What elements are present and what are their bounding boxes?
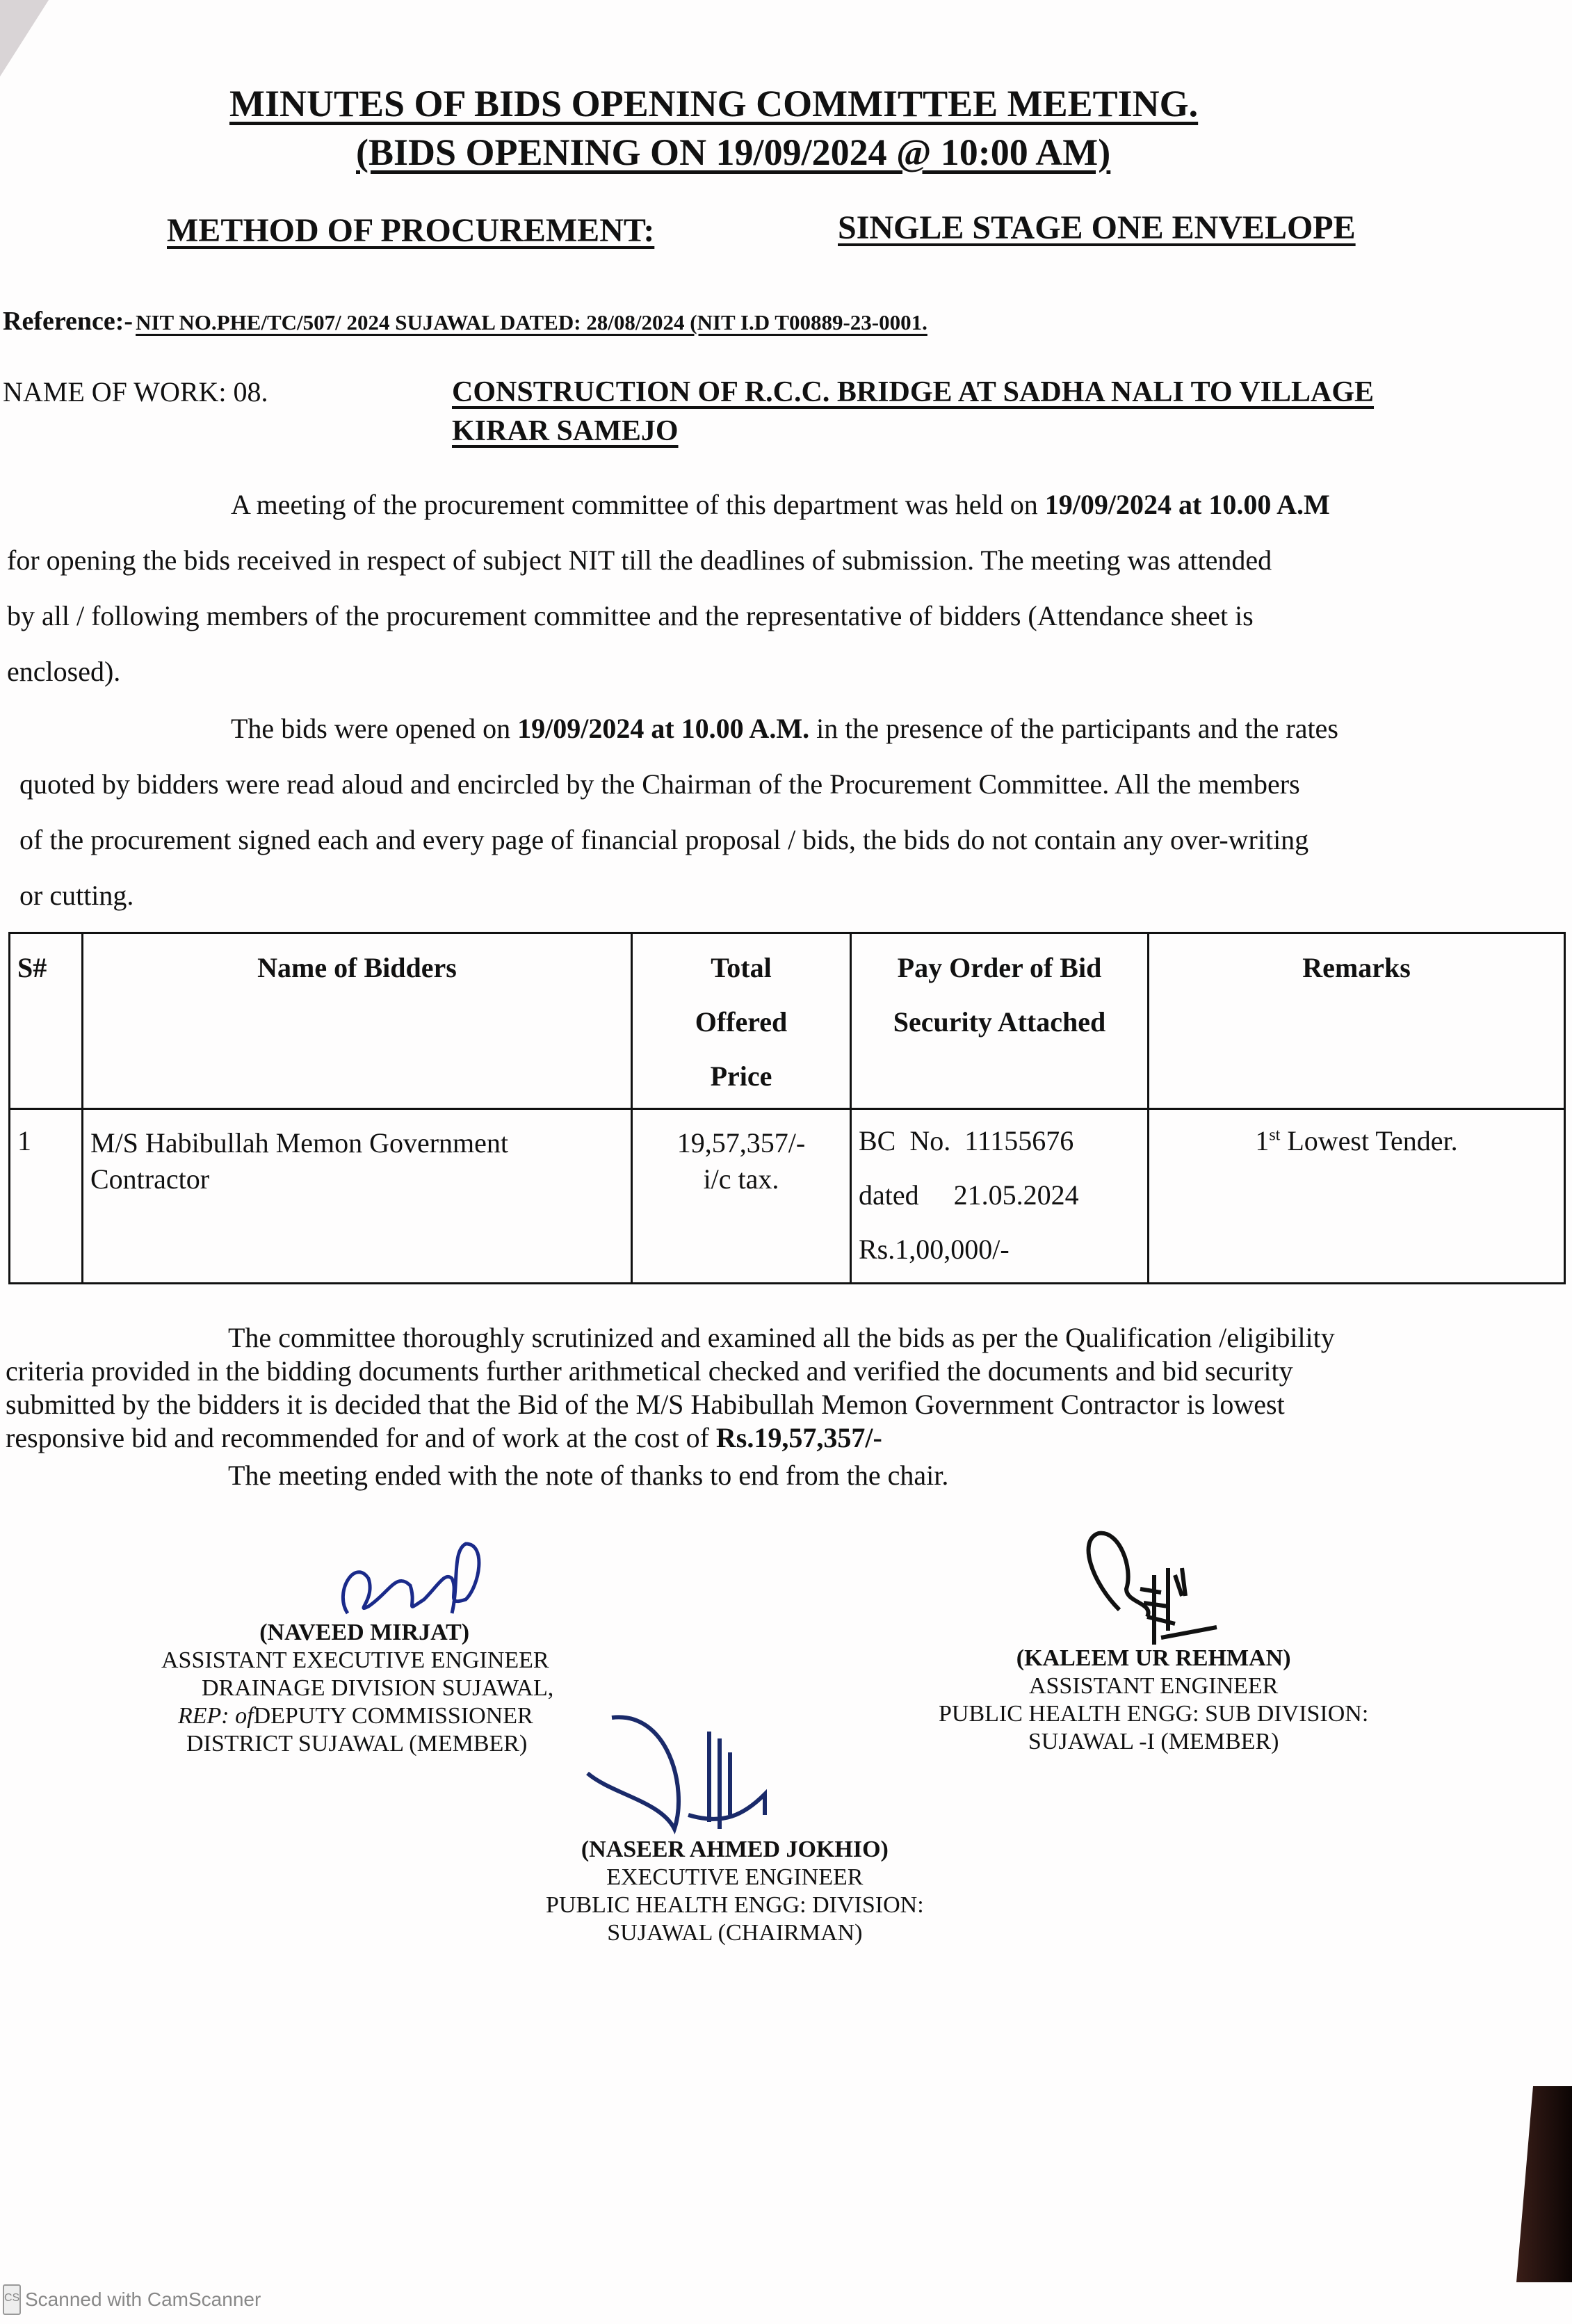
paragraph-meeting: A meeting of the procurement committee o… <box>7 477 1330 700</box>
cell-remarks: 1st Lowest Tender. <box>1149 1109 1565 1284</box>
paragraph-decision: The committee thoroughly scrutinized and… <box>6 1321 1335 1492</box>
document-title: MINUTES OF BIDS OPENING COMMITTEE MEETIN… <box>229 82 1198 125</box>
header-remarks: Remarks <box>1149 933 1565 1109</box>
signatory-member-1: (NAVEED MIRJAT) ASSISTANT EXECUTIVE ENGI… <box>161 1619 553 1758</box>
cell-sno: 1 <box>10 1109 83 1284</box>
p1-line4: enclosed). <box>7 644 1330 700</box>
cell-bidder: M/S Habibullah Memon Government Contract… <box>83 1109 632 1284</box>
signatory-name: (NAVEED MIRJAT) <box>161 1619 553 1647</box>
work-title: CONSTRUCTION OF R.C.C. BRIDGE AT SADHA N… <box>452 373 1374 451</box>
signature-kaleem-icon <box>1071 1526 1251 1652</box>
cell-price: 19,57,357/- i/c tax. <box>632 1109 851 1284</box>
reference-value: NIT NO.PHE/TC/507/ 2024 SUJAWAL DATED: 2… <box>136 310 927 334</box>
method-value: SINGLE STAGE ONE ENVELOPE <box>838 209 1356 247</box>
p3-line2: criteria provided in the bidding documen… <box>6 1355 1335 1388</box>
p1-line3: by all / following members of the procur… <box>7 588 1330 644</box>
work-label: NAME OF WORK: 08. <box>3 376 268 408</box>
p2-line2: quoted by bidders were read aloud and en… <box>19 757 1338 812</box>
signatory-name: (NASEER AHMED JOKHIO) <box>546 1836 924 1864</box>
paragraph-bids-opened: The bids were opened on 19/09/2024 at 10… <box>19 701 1338 923</box>
signatory-name: (KALEEM UR REHMAN) <box>939 1645 1368 1672</box>
camscanner-watermark: CS Scanned with CamScanner <box>3 2284 261 2315</box>
p3-line1: The committee thoroughly scrutinized and… <box>6 1321 1335 1355</box>
scan-edge-shadow <box>1516 2086 1572 2282</box>
signatory-member-2: (KALEEM UR REHMAN) ASSISTANT ENGINEER PU… <box>939 1645 1368 1756</box>
p1-line2: for opening the bids received in respect… <box>7 533 1330 588</box>
bids-table: S# Name of Bidders Total Offered Price P… <box>8 932 1566 1284</box>
cell-security: BC No. 11155676 dated 21.05.2024 Rs.1,00… <box>851 1109 1149 1284</box>
method-label: METHOD OF PROCUREMENT: <box>167 211 654 250</box>
reference-line: Reference:- NIT NO.PHE/TC/507/ 2024 SUJA… <box>3 306 927 337</box>
page-corner-fold <box>0 0 49 76</box>
table-header-row: S# Name of Bidders Total Offered Price P… <box>10 933 1565 1109</box>
document-subtitle: (BIDS OPENING ON 19/09/2024 @ 10:00 AM) <box>356 131 1110 174</box>
cs-logo-icon: CS <box>3 2284 21 2315</box>
p3-line5: The meeting ended with the note of thank… <box>6 1455 1335 1492</box>
p2-line4: or cutting. <box>19 868 1338 923</box>
watermark-text: Scanned with CamScanner <box>25 2289 261 2311</box>
p2-line3: of the procurement signed each and every… <box>19 812 1338 868</box>
header-price: Total Offered Price <box>632 933 851 1109</box>
p3-line4: responsive bid and recommended for and o… <box>6 1421 1335 1455</box>
work-title-line2: KIRAR SAMEJO <box>452 412 1374 451</box>
signatory-chairman: (NASEER AHMED JOKHIO) EXECUTIVE ENGINEER… <box>546 1836 924 1947</box>
signature-naseer-icon <box>584 1711 820 1836</box>
reference-label: Reference:- <box>3 307 133 336</box>
p3-line3: submitted by the bidders it is decided t… <box>6 1388 1335 1421</box>
p2-line1: The bids were opened on 19/09/2024 at 10… <box>19 701 1338 757</box>
signature-naveed-icon <box>327 1530 494 1627</box>
header-bidder: Name of Bidders <box>83 933 632 1109</box>
p1-line1: A meeting of the procurement committee o… <box>7 477 1330 533</box>
header-security: Pay Order of Bid Security Attached <box>851 933 1149 1109</box>
work-title-line1: CONSTRUCTION OF R.C.C. BRIDGE AT SADHA N… <box>452 373 1374 412</box>
header-sno: S# <box>10 933 83 1109</box>
table-row: 1 M/S Habibullah Memon Government Contra… <box>10 1109 1565 1284</box>
